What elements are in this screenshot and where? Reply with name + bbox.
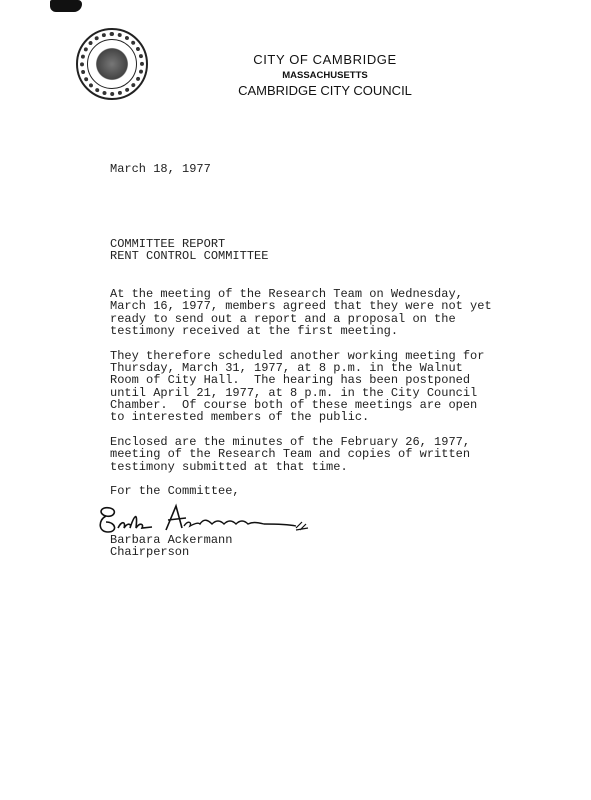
letter-date: March 18, 1977 bbox=[110, 163, 211, 175]
seal-center bbox=[87, 39, 137, 89]
ink-blot bbox=[50, 0, 82, 12]
paragraph-1-line-2: March 16, 1977, members agreed that they… bbox=[110, 300, 492, 312]
letterhead-city: CITY OF CAMBRIDGE bbox=[200, 52, 450, 67]
paragraph-2-line-6: to interested members of the public. bbox=[110, 411, 369, 423]
paragraph-1-line-4: testimony received at the first meeting. bbox=[110, 325, 398, 337]
letterhead-state: MASSACHUSETTS bbox=[200, 70, 450, 81]
paragraph-2-line-3: Room of City Hall. The hearing has been … bbox=[110, 374, 470, 386]
letter-page: CITY OF CAMBRIDGE MASSACHUSETTS CAMBRIDG… bbox=[0, 0, 591, 800]
city-seal-icon bbox=[76, 28, 148, 100]
signatory-title: Chairperson bbox=[110, 546, 189, 558]
paragraph-3-line-3: testimony submitted at that time. bbox=[110, 461, 348, 473]
subject-line-2: RENT CONTROL COMMITTEE bbox=[110, 250, 268, 262]
paragraph-3-line-2: meeting of the Research Team and copies … bbox=[110, 448, 470, 460]
closing: For the Committee, bbox=[110, 485, 240, 497]
letterhead-council: CAMBRIDGE CITY COUNCIL bbox=[200, 83, 450, 98]
